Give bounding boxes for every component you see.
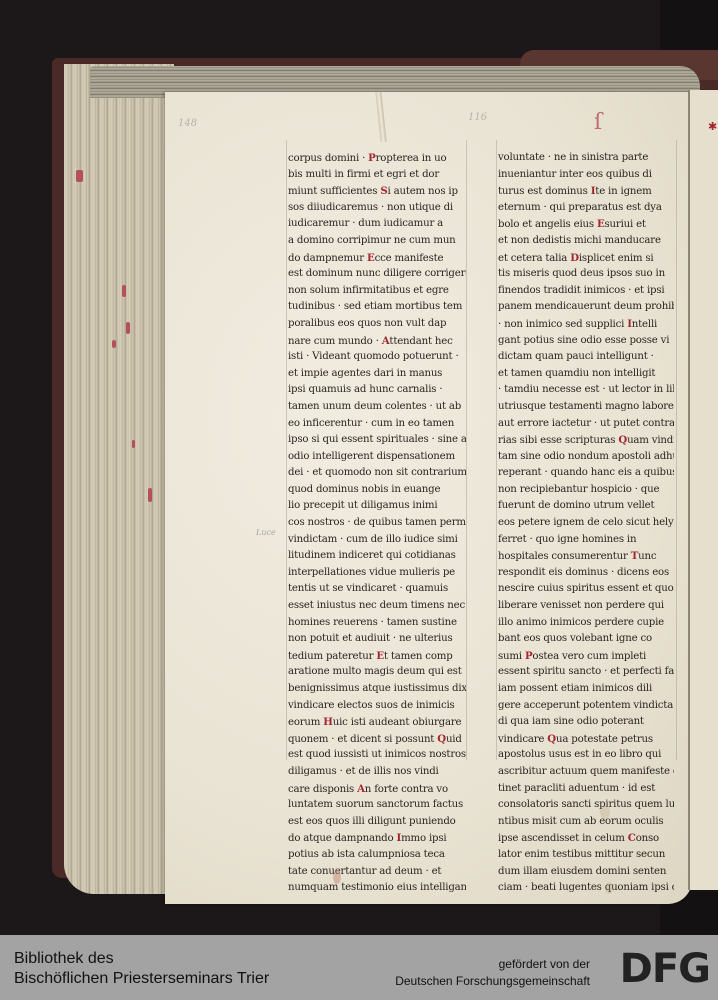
text-line: litudinem indiceret qui cotidianas bbox=[288, 548, 466, 565]
attribution-footer: Bibliothek des Bischöflichen Priestersem… bbox=[0, 935, 718, 1000]
text-line: bolo et angelis eius Esuriui et bbox=[498, 216, 674, 233]
text-line: ipsi quamuis ad hunc carnalis · bbox=[288, 382, 466, 399]
text-line: miunt sufficientes Si autem nos ip bbox=[288, 183, 466, 200]
text-line: tate conuertantur ad deum · et bbox=[288, 864, 466, 881]
text-line: potius ab ista calumpniosa teca bbox=[288, 847, 466, 864]
text-line: cos nostros · de quibus tamen permittit … bbox=[288, 515, 466, 532]
ruling-line bbox=[466, 140, 467, 760]
text-line: do dampnemur Ecce manifeste bbox=[288, 250, 466, 267]
text-line: · non inimico sed supplici Intelli bbox=[498, 316, 674, 333]
rubric-initial: S bbox=[380, 185, 387, 197]
facing-page-edge bbox=[688, 90, 718, 890]
text-line: tudinibus · sed etiam mortibus tem bbox=[288, 299, 466, 316]
text-line: apostolus usus est in eo libro qui bbox=[498, 747, 674, 764]
text-line: aut errore iactetur · ut putet contra bbox=[498, 416, 674, 433]
text-line: numquam testimonio eius intelligant bbox=[288, 880, 466, 897]
text-line: nare cum mundo · Attendant hec bbox=[288, 333, 466, 350]
folio-number-faint: 116 bbox=[468, 112, 487, 123]
facing-page-rubric-mark: ✱ bbox=[708, 120, 717, 133]
rubric-initial: Q bbox=[618, 434, 627, 446]
text-line: est eos quos illi diligunt puniendo bbox=[288, 814, 466, 831]
manuscript-scan: ✱ 148 116 ſ Luce corpus domini · Propter… bbox=[0, 0, 718, 935]
rubric-initial: T bbox=[631, 550, 638, 562]
rubric-initial: E bbox=[367, 252, 375, 264]
text-line: dum illam eiusdem domini senten bbox=[498, 864, 674, 881]
text-line: aratione multo magis deum qui est bbox=[288, 664, 466, 681]
text-line: respondit eis dominus · dicens eos bbox=[498, 565, 674, 582]
text-line: reperant · quando hanc eis a quibus bbox=[498, 465, 674, 482]
text-column-right: voluntate · ne in sinistra parteinuenian… bbox=[498, 150, 674, 897]
funding-credit-line1: gefördert von der bbox=[395, 956, 590, 973]
text-line: inueniantur inter eos quibus di bbox=[498, 167, 674, 184]
text-line: di qua iam sine odio poterant bbox=[498, 714, 674, 731]
text-line: odio intelligerent dispensationem bbox=[288, 449, 466, 466]
rubric-initial: Q bbox=[437, 733, 446, 745]
rubric-initial: E bbox=[376, 650, 384, 662]
rubric-initial: Q bbox=[547, 733, 556, 745]
text-line: gere acceperunt potentem vindicta bbox=[498, 698, 674, 715]
rubric-initial: A bbox=[357, 783, 365, 795]
text-line: hospitales consumerentur Tunc bbox=[498, 548, 674, 565]
rubric-initial: E bbox=[597, 218, 605, 230]
text-line: lio precepit ut diligamus inimi bbox=[288, 498, 466, 515]
rubric-initial: H bbox=[323, 716, 332, 728]
text-line: essent spiritu sancto · et perfecti fact… bbox=[498, 664, 674, 681]
text-line: bis multi in firmi et egri et dor bbox=[288, 167, 466, 184]
text-line: consolatoris sancti spiritus quem luge bbox=[498, 797, 674, 814]
marginal-note: Luce bbox=[256, 528, 276, 537]
text-line: ciam · beati lugentes quoniam ipsi conso bbox=[498, 880, 674, 897]
text-line: finendos tradidit inimicos · et ipsi bbox=[498, 283, 674, 300]
ruling-line bbox=[286, 140, 287, 760]
text-line: vindicare Qua potestate petrus bbox=[498, 731, 674, 748]
funding-credit-line2: Deutschen Forschungsgemeinschaft bbox=[395, 973, 590, 990]
rubric-initial: P bbox=[368, 152, 375, 164]
library-name-line2: Bischöflichen Priesterseminars Trier bbox=[14, 969, 269, 989]
text-line: iam possent etiam inimicos dili bbox=[498, 681, 674, 698]
funding-credit: gefördert von der Deutschen Forschungsge… bbox=[395, 956, 590, 990]
text-line: diligamus · et de illis nos vindi bbox=[288, 764, 466, 781]
text-line: et tamen quamdiu non intelligit bbox=[498, 366, 674, 383]
text-line: lator enim testibus mittitur secun bbox=[498, 847, 674, 864]
text-line: · tamdiu necesse est · ut lector in libr… bbox=[498, 382, 674, 399]
text-line: do atque dampnando Immo ipsi bbox=[288, 830, 466, 847]
rubric-initial: I bbox=[591, 185, 596, 197]
text-line: ferret · quo igne homines in bbox=[498, 532, 674, 549]
rubric-initial: C bbox=[628, 832, 636, 844]
ruling-line bbox=[496, 140, 497, 760]
text-line: corpus domini · Propterea in uo bbox=[288, 150, 466, 167]
text-line: quod dominus nobis in euange bbox=[288, 482, 466, 499]
text-line: et impie agentes dari in manus bbox=[288, 366, 466, 383]
text-line: vindictam · cum de illo iudice simi bbox=[288, 532, 466, 549]
text-line: tentis ut se vindicaret · quamuis bbox=[288, 581, 466, 598]
text-line: a domino corripimur ne cum mun bbox=[288, 233, 466, 250]
ruling-line bbox=[676, 140, 677, 760]
bookmark-tab bbox=[122, 285, 126, 297]
text-line: dictam quam pauci intelligunt · bbox=[498, 349, 674, 366]
text-line: tam sine odio nondum apostoli adhuc bbox=[498, 449, 674, 466]
text-line: benignissimus atque iustissimus dixit bbox=[288, 681, 466, 698]
decorated-initial-faint: ſ bbox=[594, 110, 602, 135]
parchment-stain bbox=[600, 805, 610, 819]
text-line: rias sibi esse scripturas Quam vindic bbox=[498, 432, 674, 449]
text-line: interpellationes vidue mulieris pe bbox=[288, 565, 466, 582]
text-column-left: corpus domini · Propterea in uobis multi… bbox=[288, 150, 466, 897]
text-line: voluntate · ne in sinistra parte bbox=[498, 150, 674, 167]
text-line: nescire cuius spiritus essent et quod ip… bbox=[498, 581, 674, 598]
library-name-line1: Bibliothek des bbox=[14, 949, 269, 969]
text-line: liberare venisset non perdere qui bbox=[498, 598, 674, 615]
bookmark-tab bbox=[126, 322, 130, 334]
text-line: poralibus eos quos non vult dap bbox=[288, 316, 466, 333]
text-line: eo inficerentur · cum in eo tamen bbox=[288, 416, 466, 433]
folio-number-faint-left: 148 bbox=[178, 118, 197, 129]
text-line: luntatem suorum sanctorum factus bbox=[288, 797, 466, 814]
text-line: turus est dominus Ite in ignem bbox=[498, 183, 674, 200]
text-line: sumi Postea vero cum impleti bbox=[498, 648, 674, 665]
bookmark-tab bbox=[132, 440, 135, 448]
text-line: illo animo inimicos perdere cupie bbox=[498, 615, 674, 632]
text-line: ipso si qui essent spirituales · sine al… bbox=[288, 432, 466, 449]
text-line: panem mendicauerunt deum prohibet bbox=[498, 299, 674, 316]
text-line: et cetera talia Displicet enim si bbox=[498, 250, 674, 267]
bookmark-tab bbox=[112, 340, 116, 348]
text-line: est quod iussisti ut inimicos nostros bbox=[288, 747, 466, 764]
page-fore-edges bbox=[64, 64, 174, 894]
text-line: care disponis An forte contra vo bbox=[288, 781, 466, 798]
text-line: homines reuerens · tamen sustine bbox=[288, 615, 466, 632]
text-line: sos diiudicaremus · non utique di bbox=[288, 200, 466, 217]
text-line: et non dedistis michi manducare bbox=[498, 233, 674, 250]
text-line: bant eos quos volebant igne co bbox=[498, 631, 674, 648]
rubric-initial: D bbox=[570, 252, 579, 264]
text-line: tedium pateretur Et tamen comp bbox=[288, 648, 466, 665]
text-line: iudicaremur · dum iudicamur a bbox=[288, 216, 466, 233]
rubric-initial: P bbox=[525, 650, 532, 662]
bookmark-tab bbox=[76, 170, 83, 182]
text-line: tamen unum deum colentes · ut ab bbox=[288, 399, 466, 416]
text-line: esset iniustus nec deum timens nec bbox=[288, 598, 466, 615]
text-line: tinet paracliti aduentum · id est bbox=[498, 781, 674, 798]
text-line: isti · Videant quomodo potuerunt · bbox=[288, 349, 466, 366]
text-line: ntibus misit cum ab eorum oculis bbox=[498, 814, 674, 831]
parchment-stain bbox=[605, 882, 613, 894]
dfg-logo: DFG bbox=[620, 949, 710, 989]
text-line: ascribitur actuum quem manifeste co bbox=[498, 764, 674, 781]
text-line: non potuit et audiuit · ne ulterius bbox=[288, 631, 466, 648]
text-line: tis miseris quod deus ipsos suo in bbox=[498, 266, 674, 283]
library-name: Bibliothek des Bischöflichen Priestersem… bbox=[14, 949, 269, 989]
text-line: eternum · qui preparatus est dya bbox=[498, 200, 674, 217]
parchment-stain bbox=[333, 870, 341, 884]
text-line: dei · et quomodo non sit contrarium bbox=[288, 465, 466, 482]
text-line: quonem · et dicent si possunt Quid bbox=[288, 731, 466, 748]
rubric-initial: I bbox=[627, 318, 632, 330]
text-line: fuerunt de domino utrum vellet bbox=[498, 498, 674, 515]
text-line: est dominum nunc diligere corrigere bbox=[288, 266, 466, 283]
text-line: non solum infirmitatibus et egre bbox=[288, 283, 466, 300]
rubric-initial: I bbox=[396, 832, 401, 844]
bookmark-tab bbox=[148, 488, 152, 502]
text-line: utriusque testamenti magno labore bbox=[498, 399, 674, 416]
text-line: ipse ascendisset in celum Conso bbox=[498, 830, 674, 847]
rubric-initial: A bbox=[382, 335, 390, 347]
text-line: eorum Huic isti audeant obiurgare bbox=[288, 714, 466, 731]
text-line: eos petere ignem de celo sicut helyas bbox=[498, 515, 674, 532]
text-line: gant potius sine odio esse posse vi bbox=[498, 333, 674, 350]
text-line: vindicare electos suos de inimicis bbox=[288, 698, 466, 715]
text-line: non recipiebantur hospicio · que bbox=[498, 482, 674, 499]
